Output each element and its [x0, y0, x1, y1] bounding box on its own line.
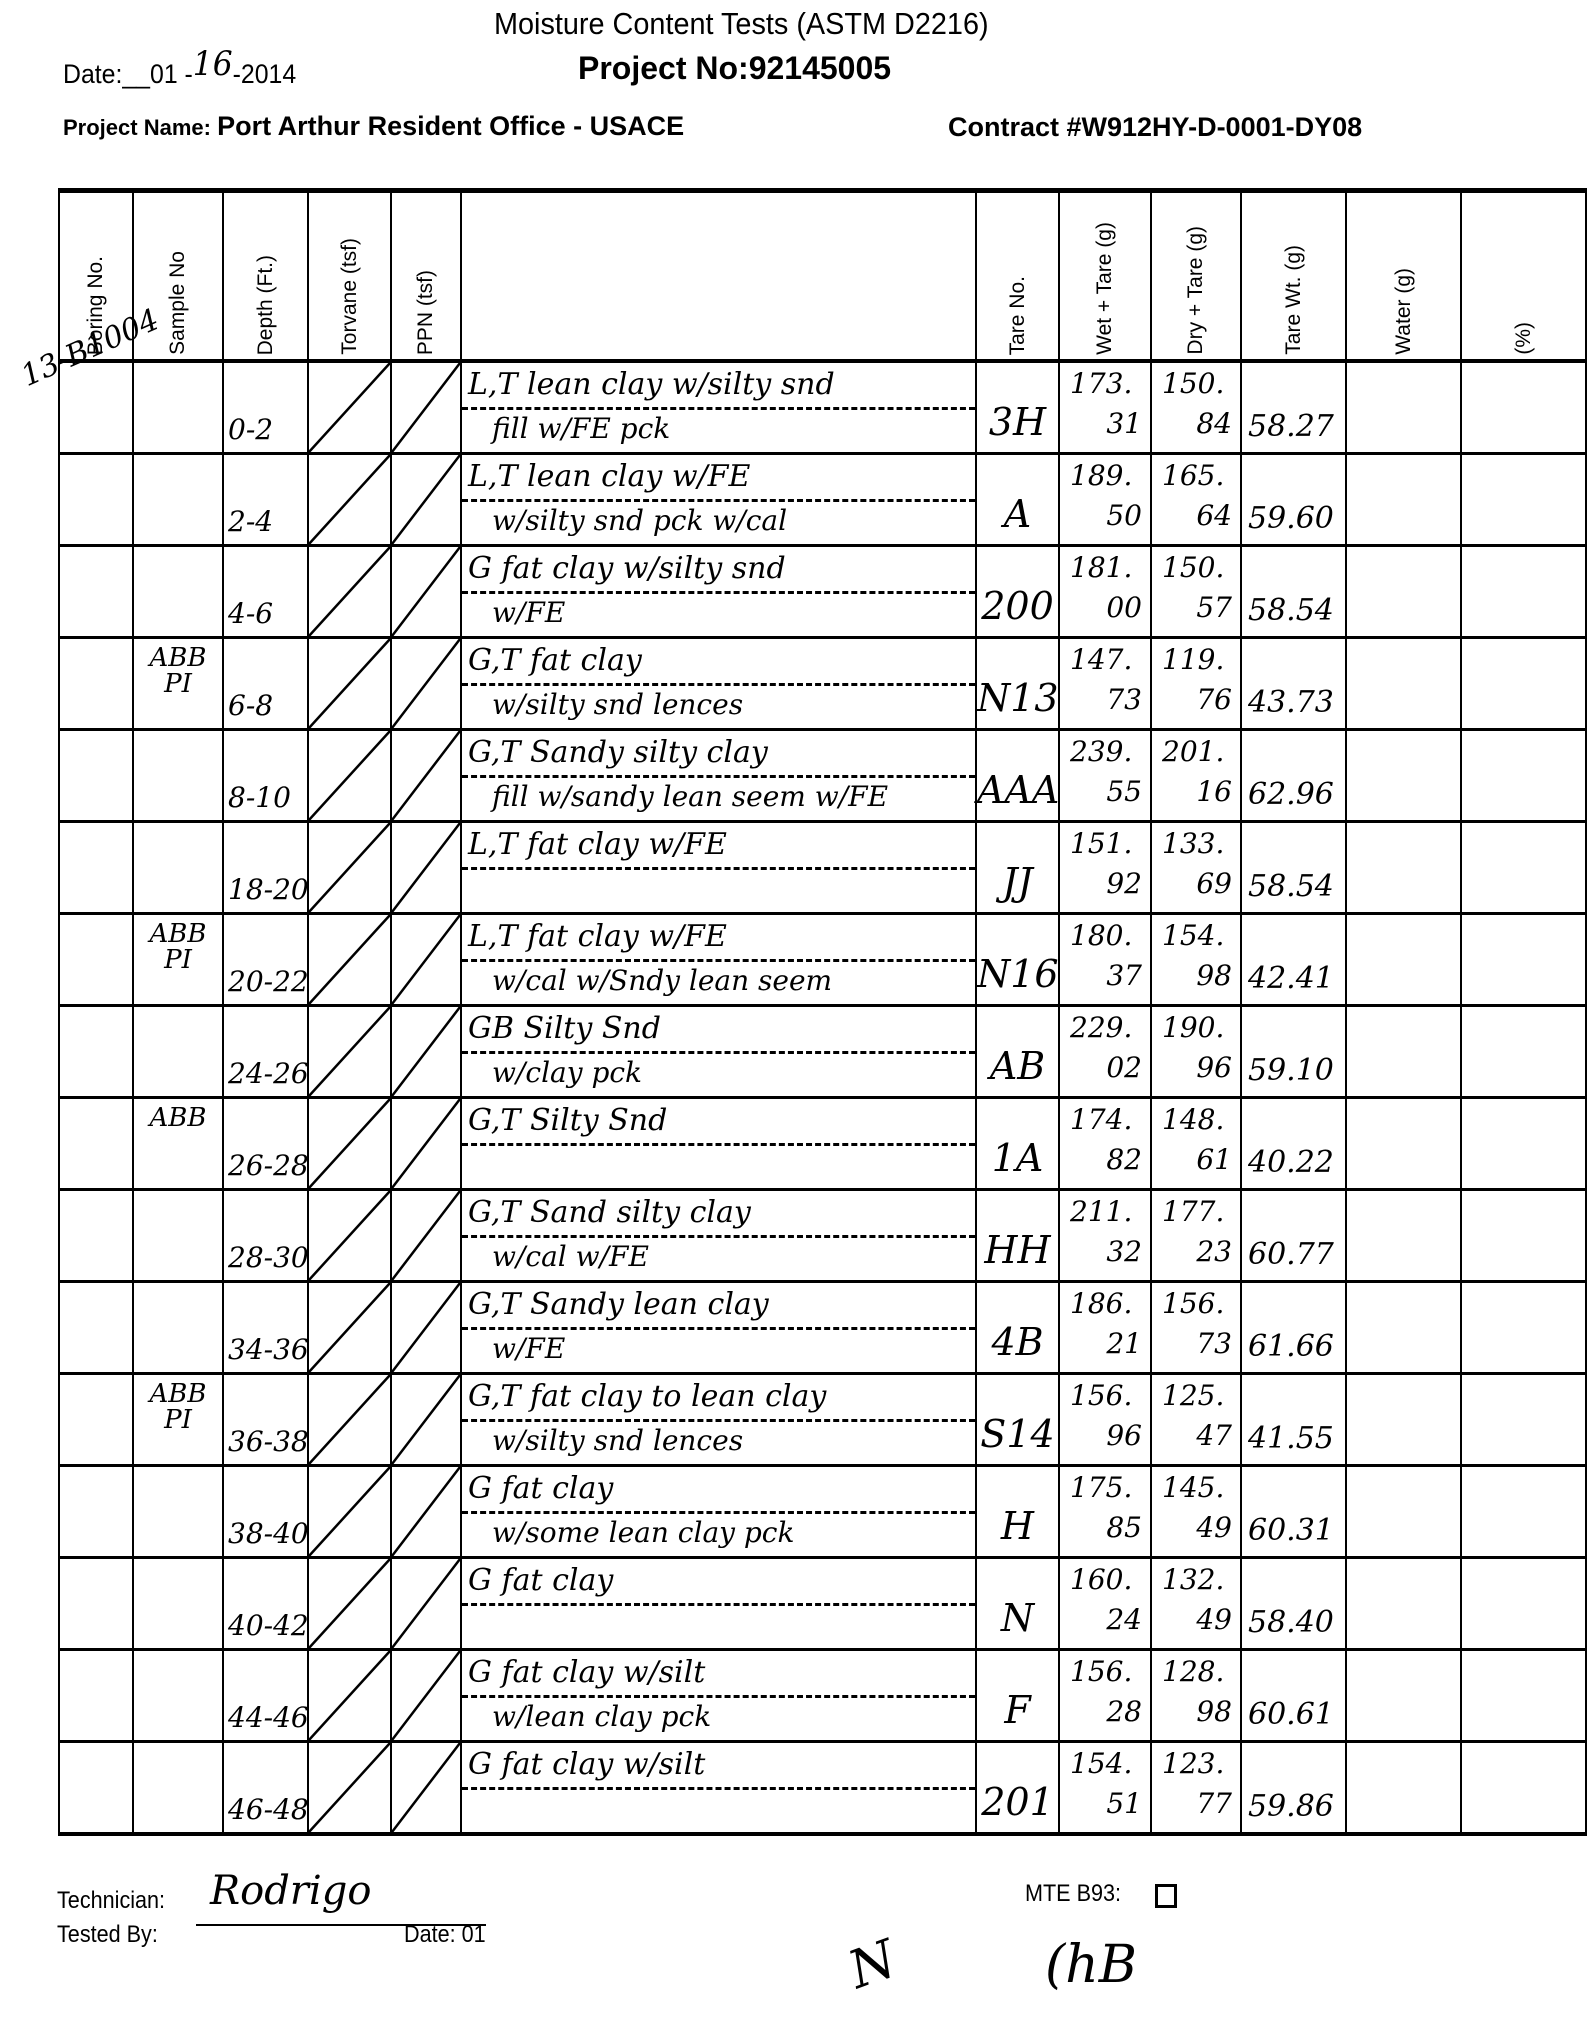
- dry-tare-dec: 98: [1196, 1695, 1232, 1728]
- cell-water: [1346, 1466, 1461, 1558]
- tare-wt-value: 59.86: [1248, 1789, 1334, 1824]
- wet-tare-dec: 50: [1106, 499, 1142, 532]
- slash-mark: [392, 1007, 460, 1096]
- tare-wt-value: 61.66: [1248, 1329, 1334, 1364]
- sample-no: ABB: [138, 1105, 218, 1131]
- description-line-1: G,T Sandy silty clay: [468, 733, 768, 773]
- wet-tare-int: 239.: [1070, 735, 1132, 768]
- tare-wt-value: 40.22: [1248, 1145, 1334, 1180]
- slash-mark: [309, 915, 390, 1004]
- cell-boring-no: [59, 730, 133, 822]
- slash-mark: [392, 1467, 460, 1556]
- description-line-2: w/lean clay pck: [492, 1697, 711, 1737]
- cell-dry-tare: 125.47: [1151, 1374, 1241, 1466]
- description-line-1: G fat clay w/silt: [468, 1653, 705, 1693]
- slash-mark: [392, 1283, 460, 1372]
- tare-no: N13: [977, 676, 1058, 720]
- cell-wet-tare: 156.96: [1059, 1374, 1151, 1466]
- description-line-2: w/FE: [492, 1329, 565, 1369]
- cell-tare-no: 201: [976, 1742, 1059, 1835]
- cell-tare-wt: 59.60: [1241, 454, 1346, 546]
- cell-wet-tare: 180.37: [1059, 914, 1151, 1006]
- dry-tare-dec: 73: [1196, 1327, 1232, 1360]
- cell-wet-tare: 174.82: [1059, 1098, 1151, 1190]
- cell-water: [1346, 1650, 1461, 1742]
- cell-torvane: [308, 822, 391, 914]
- cell-ppn: [391, 1558, 461, 1650]
- form-date: Date:__01 -16-2014: [63, 52, 296, 92]
- description-line-1: L,T lean clay w/silty snd: [468, 365, 835, 405]
- date-label: Date:__01 -: [63, 59, 193, 89]
- cell-depth: 2-4: [223, 454, 308, 546]
- cell-ppn: [391, 1006, 461, 1098]
- project-no-value: 92145005: [749, 50, 891, 86]
- cell-dry-tare: 132.49: [1151, 1558, 1241, 1650]
- cell-depth: 8-10: [223, 730, 308, 822]
- cell-wet-tare: 173.31: [1059, 361, 1151, 454]
- slash-mark: [309, 1559, 390, 1648]
- cell-ppn: [391, 361, 461, 454]
- initials-mark-2: (hB: [1045, 1935, 1137, 1995]
- cell-tare-no: HH: [976, 1190, 1059, 1282]
- cell-dry-tare: 154.98: [1151, 914, 1241, 1006]
- table-row: 46-48G fat clay w/silt201154.51123.7759.…: [59, 1742, 1586, 1835]
- slash-mark: [392, 823, 460, 912]
- dry-tare-dec: 61: [1196, 1143, 1232, 1176]
- cell-ppn: [391, 1374, 461, 1466]
- cell-torvane: [308, 730, 391, 822]
- cell-depth: 38-40: [223, 1466, 308, 1558]
- slash-mark: [309, 639, 390, 728]
- cell-wet-tare: 151.92: [1059, 822, 1151, 914]
- dry-tare-int: 128.: [1162, 1655, 1224, 1688]
- dashed-divider: [462, 867, 975, 870]
- cell-boring-no: [59, 822, 133, 914]
- wet-tare-dec: 02: [1106, 1051, 1142, 1084]
- cell-sample-no: [133, 822, 223, 914]
- cell-description: L,T lean clay w/FEw/silty snd pck w/cal: [461, 454, 976, 546]
- cell-depth: 34-36: [223, 1282, 308, 1374]
- cell-torvane: [308, 1742, 391, 1835]
- slash-mark: [392, 363, 460, 452]
- col-depth: Depth (Ft.): [223, 191, 308, 362]
- cell-water: [1346, 1742, 1461, 1835]
- tare-no: H: [977, 1504, 1058, 1548]
- table-row: ABB PI20-22L,T fat clay w/FEw/cal w/Sndy…: [59, 914, 1586, 1006]
- date-day-handwritten: 16: [193, 44, 233, 84]
- cell-boring-no: [59, 638, 133, 730]
- cell-percent: [1461, 361, 1586, 454]
- wet-tare-int: 180.: [1070, 919, 1132, 952]
- description-line-2: w/silty snd lences: [492, 1421, 743, 1461]
- cell-ppn: [391, 1650, 461, 1742]
- wet-tare-dec: 37: [1106, 959, 1142, 992]
- table-row: ABB PI6-8G,T fat clayw/silty snd lencesN…: [59, 638, 1586, 730]
- dry-tare-int: 150.: [1162, 551, 1224, 584]
- wet-tare-dec: 32: [1106, 1235, 1142, 1268]
- slash-mark: [309, 455, 390, 544]
- dry-tare-dec: 49: [1196, 1603, 1232, 1636]
- wet-tare-int: 147.: [1070, 643, 1132, 676]
- depth-value: 44-46: [228, 1701, 309, 1734]
- cell-tare-wt: 59.10: [1241, 1006, 1346, 1098]
- cell-dry-tare: 123.77: [1151, 1742, 1241, 1835]
- mte-checkbox[interactable]: [1155, 1884, 1177, 1908]
- description-line-2: w/cal w/Sndy lean seem: [492, 961, 832, 1001]
- date-year: -2014: [233, 59, 297, 89]
- cell-dry-tare: 150.84: [1151, 361, 1241, 454]
- col-dry-tare: Dry + Tare (g): [1151, 191, 1241, 362]
- tare-no: N: [977, 1596, 1058, 1640]
- cell-description: G,T fat clay to lean clay w/silty snd le…: [461, 1374, 976, 1466]
- wet-tare-dec: 92: [1106, 867, 1142, 900]
- cell-dry-tare: 119.76: [1151, 638, 1241, 730]
- dashed-divider: [462, 1143, 975, 1146]
- cell-percent: [1461, 1282, 1586, 1374]
- cell-tare-no: N16: [976, 914, 1059, 1006]
- tare-wt-value: 60.61: [1248, 1697, 1334, 1732]
- cell-dry-tare: 128.98: [1151, 1650, 1241, 1742]
- cell-sample-no: [133, 1190, 223, 1282]
- tare-wt-value: 58.54: [1248, 869, 1334, 904]
- table-row: 2-4L,T lean clay w/FEw/silty snd pck w/c…: [59, 454, 1586, 546]
- depth-value: 26-28: [228, 1149, 309, 1182]
- slash-mark: [309, 363, 390, 452]
- cell-ppn: [391, 1282, 461, 1374]
- cell-sample-no: [133, 454, 223, 546]
- description-line-1: G fat clay w/silt: [468, 1745, 705, 1785]
- cell-wet-tare: 156.28: [1059, 1650, 1151, 1742]
- cell-sample-no: [133, 361, 223, 454]
- cell-sample-no: [133, 1006, 223, 1098]
- cell-water: [1346, 454, 1461, 546]
- description-line-1: G,T fat clay: [468, 641, 642, 681]
- tare-no: S14: [977, 1412, 1058, 1456]
- description-line-1: G,T Silty Snd: [468, 1101, 667, 1141]
- description-line-2: w/cal w/FE: [492, 1237, 649, 1277]
- cell-tare-wt: 62.96: [1241, 730, 1346, 822]
- slash-mark: [309, 1007, 390, 1096]
- cell-depth: 24-26: [223, 1006, 308, 1098]
- tare-wt-value: 60.77: [1248, 1237, 1334, 1272]
- wet-tare-int: 175.: [1070, 1471, 1132, 1504]
- wet-tare-int: 229.: [1070, 1011, 1132, 1044]
- wet-tare-int: 151.: [1070, 827, 1132, 860]
- wet-tare-int: 156.: [1070, 1655, 1132, 1688]
- col-percent: (%): [1461, 191, 1586, 362]
- cell-depth: 26-28: [223, 1098, 308, 1190]
- cell-percent: [1461, 546, 1586, 638]
- cell-wet-tare: 211.32: [1059, 1190, 1151, 1282]
- dry-tare-dec: 84: [1196, 407, 1232, 440]
- cell-dry-tare: 201.16: [1151, 730, 1241, 822]
- tare-wt-value: 43.73: [1248, 685, 1334, 720]
- cell-wet-tare: 154.51: [1059, 1742, 1151, 1835]
- tare-wt-value: 58.27: [1248, 409, 1334, 444]
- depth-value: 28-30: [228, 1241, 309, 1274]
- cell-dry-tare: 165.64: [1151, 454, 1241, 546]
- cell-torvane: [308, 454, 391, 546]
- cell-water: [1346, 822, 1461, 914]
- description-line-1: G,T fat clay to lean clay: [468, 1377, 826, 1417]
- cell-description: G,T Silty Snd: [461, 1098, 976, 1190]
- wet-tare-int: 174.: [1070, 1103, 1132, 1136]
- cell-sample-no: ABB PI: [133, 914, 223, 1006]
- slash-mark: [309, 823, 390, 912]
- depth-value: 0-2: [228, 413, 273, 446]
- description-line-1: GB Silty Snd: [468, 1009, 661, 1049]
- table-row: 34-36G,T Sandy lean clay w/FE4B186.21156…: [59, 1282, 1586, 1374]
- description-line-1: G fat clay w/silty snd: [468, 549, 786, 589]
- cell-tare-wt: 41.55: [1241, 1374, 1346, 1466]
- depth-value: 24-26: [228, 1057, 309, 1090]
- depth-value: 6-8: [228, 689, 273, 722]
- tested-by-label: Tested By:: [57, 1921, 158, 1949]
- table-row: 24-26GB Silty Snd w/clay pckAB229.02190.…: [59, 1006, 1586, 1098]
- slash-mark: [309, 731, 390, 820]
- cell-dry-tare: 145.49: [1151, 1466, 1241, 1558]
- project-number: Project No:92145005: [578, 50, 891, 87]
- cell-depth: 6-8: [223, 638, 308, 730]
- description-line-2: fill w/FE pck: [492, 409, 670, 449]
- cell-boring-no: [59, 1650, 133, 1742]
- cell-water: [1346, 546, 1461, 638]
- dry-tare-dec: 77: [1196, 1787, 1232, 1820]
- depth-value: 2-4: [228, 505, 273, 538]
- cell-percent: [1461, 822, 1586, 914]
- cell-depth: 18-20: [223, 822, 308, 914]
- tare-no: F: [977, 1688, 1058, 1732]
- cell-tare-no: N13: [976, 638, 1059, 730]
- cell-percent: [1461, 1098, 1586, 1190]
- dry-tare-int: 133.: [1162, 827, 1224, 860]
- cell-tare-wt: 60.77: [1241, 1190, 1346, 1282]
- cell-sample-no: [133, 1742, 223, 1835]
- cell-torvane: [308, 361, 391, 454]
- tare-wt-value: 62.96: [1248, 777, 1334, 812]
- cell-tare-wt: 58.27: [1241, 361, 1346, 454]
- cell-ppn: [391, 546, 461, 638]
- cell-ppn: [391, 822, 461, 914]
- cell-water: [1346, 730, 1461, 822]
- cell-tare-no: A: [976, 454, 1059, 546]
- cell-sample-no: [133, 730, 223, 822]
- cell-wet-tare: 186.21: [1059, 1282, 1151, 1374]
- cell-description: G,T Sandy silty clayfill w/sandy lean se…: [461, 730, 976, 822]
- cell-description: G,T Sandy lean clay w/FE: [461, 1282, 976, 1374]
- cell-description: GB Silty Snd w/clay pck: [461, 1006, 976, 1098]
- cell-sample-no: ABB PI: [133, 1374, 223, 1466]
- dry-tare-dec: 16: [1196, 775, 1232, 808]
- table-row: 18-20L,T fat clay w/FEJJ151.92133.6958.5…: [59, 822, 1586, 914]
- dry-tare-int: 132.: [1162, 1563, 1224, 1596]
- cell-tare-no: F: [976, 1650, 1059, 1742]
- dry-tare-dec: 98: [1196, 959, 1232, 992]
- wet-tare-dec: 00: [1106, 591, 1142, 624]
- cell-ppn: [391, 1190, 461, 1282]
- sample-no: ABB PI: [138, 645, 218, 697]
- cell-percent: [1461, 1650, 1586, 1742]
- cell-percent: [1461, 1558, 1586, 1650]
- cell-wet-tare: 147.73: [1059, 638, 1151, 730]
- depth-value: 8-10: [228, 781, 291, 814]
- cell-water: [1346, 638, 1461, 730]
- footer-date: Date: 01: [404, 1921, 486, 1949]
- cell-tare-no: 200: [976, 546, 1059, 638]
- cell-boring-no: [59, 1006, 133, 1098]
- dry-tare-int: 201.: [1162, 735, 1224, 768]
- tare-no: 3H: [977, 400, 1058, 444]
- col-torvane: Torvane (tsf): [308, 191, 391, 362]
- slash-mark: [392, 915, 460, 1004]
- cell-tare-wt: 40.22: [1241, 1098, 1346, 1190]
- cell-description: G,T fat clayw/silty snd lences: [461, 638, 976, 730]
- cell-boring-no: [59, 546, 133, 638]
- wet-tare-dec: 82: [1106, 1143, 1142, 1176]
- cell-boring-no: [59, 1098, 133, 1190]
- cell-torvane: [308, 1650, 391, 1742]
- technician-signature: Rodrigo: [210, 1868, 371, 1914]
- tare-wt-value: 58.54: [1248, 593, 1334, 628]
- tare-no: 1A: [977, 1136, 1058, 1180]
- cell-tare-wt: 42.41: [1241, 914, 1346, 1006]
- cell-ppn: [391, 454, 461, 546]
- cell-torvane: [308, 546, 391, 638]
- dry-tare-int: 145.: [1162, 1471, 1224, 1504]
- tare-wt-value: 60.31: [1248, 1513, 1334, 1548]
- tare-wt-value: 42.41: [1248, 961, 1334, 996]
- dry-tare-int: 123.: [1162, 1747, 1224, 1780]
- cell-tare-no: JJ: [976, 822, 1059, 914]
- table-row: ABB26-28G,T Silty Snd1A174.82148.6140.22: [59, 1098, 1586, 1190]
- cell-percent: [1461, 1006, 1586, 1098]
- cell-water: [1346, 1098, 1461, 1190]
- cell-percent: [1461, 1374, 1586, 1466]
- dry-tare-int: 148.: [1162, 1103, 1224, 1136]
- cell-dry-tare: 133.69: [1151, 822, 1241, 914]
- cell-depth: 28-30: [223, 1190, 308, 1282]
- cell-torvane: [308, 1006, 391, 1098]
- cell-boring-no: [59, 454, 133, 546]
- cell-depth: 0-2: [223, 361, 308, 454]
- cell-percent: [1461, 914, 1586, 1006]
- technician-label: Technician:: [57, 1887, 165, 1915]
- cell-description: G fat clay w/silty snd w/FE: [461, 546, 976, 638]
- initials-mark-1: N: [841, 1929, 904, 2001]
- cell-water: [1346, 1374, 1461, 1466]
- cell-depth: 44-46: [223, 1650, 308, 1742]
- cell-description: G fat clay w/some lean clay pck: [461, 1466, 976, 1558]
- dry-tare-int: 177.: [1162, 1195, 1224, 1228]
- cell-torvane: [308, 1282, 391, 1374]
- slash-mark: [392, 455, 460, 544]
- cell-percent: [1461, 1742, 1586, 1835]
- wet-tare-dec: 21: [1106, 1327, 1142, 1360]
- description-line-2: w/silty snd lences: [492, 685, 743, 725]
- sample-no: ABB PI: [138, 921, 218, 973]
- tare-no: JJ: [977, 860, 1058, 904]
- cell-sample-no: [133, 1282, 223, 1374]
- dry-tare-int: 119.: [1162, 643, 1224, 676]
- cell-boring-no: [59, 1374, 133, 1466]
- cell-depth: 40-42: [223, 1558, 308, 1650]
- description-line-2: w/some lean clay pck: [492, 1513, 794, 1553]
- dry-tare-dec: 23: [1196, 1235, 1232, 1268]
- cell-percent: [1461, 638, 1586, 730]
- depth-value: 38-40: [228, 1517, 309, 1550]
- slash-mark: [309, 1191, 390, 1280]
- cell-boring-no: [59, 1190, 133, 1282]
- table-row: ABB PI36-38G,T fat clay to lean clay w/s…: [59, 1374, 1586, 1466]
- depth-value: 36-38: [228, 1425, 309, 1458]
- cell-tare-no: AAA: [976, 730, 1059, 822]
- dry-tare-int: 125.: [1162, 1379, 1224, 1412]
- dry-tare-int: 156.: [1162, 1287, 1224, 1320]
- depth-value: 34-36: [228, 1333, 309, 1366]
- cell-tare-wt: 58.54: [1241, 822, 1346, 914]
- cell-water: [1346, 1558, 1461, 1650]
- cell-tare-no: S14: [976, 1374, 1059, 1466]
- cell-ppn: [391, 1742, 461, 1835]
- cell-dry-tare: 156.73: [1151, 1282, 1241, 1374]
- cell-dry-tare: 177.23: [1151, 1190, 1241, 1282]
- cell-water: [1346, 1282, 1461, 1374]
- dry-tare-dec: 96: [1196, 1051, 1232, 1084]
- cell-depth: 4-6: [223, 546, 308, 638]
- cell-torvane: [308, 1558, 391, 1650]
- cell-description: L,T fat clay w/FE: [461, 822, 976, 914]
- col-description: [461, 191, 976, 362]
- dry-tare-int: 150.: [1162, 367, 1224, 400]
- dashed-divider: [462, 1603, 975, 1606]
- cell-torvane: [308, 1098, 391, 1190]
- wet-tare-dec: 73: [1106, 683, 1142, 716]
- cell-boring-no: [59, 1466, 133, 1558]
- sample-no: ABB PI: [138, 1381, 218, 1433]
- slash-mark: [309, 1283, 390, 1372]
- dry-tare-dec: 64: [1196, 499, 1232, 532]
- table-row: 28-30G,T Sand silty clay w/cal w/FEHH211…: [59, 1190, 1586, 1282]
- wet-tare-dec: 28: [1106, 1695, 1142, 1728]
- wet-tare-int: 186.: [1070, 1287, 1132, 1320]
- cell-sample-no: [133, 1558, 223, 1650]
- slash-mark: [392, 1651, 460, 1740]
- cell-water: [1346, 1190, 1461, 1282]
- depth-value: 20-22: [228, 965, 309, 998]
- slash-mark: [309, 1743, 390, 1832]
- cell-tare-wt: 60.31: [1241, 1466, 1346, 1558]
- cell-wet-tare: 160.24: [1059, 1558, 1151, 1650]
- dashed-divider: [462, 1787, 975, 1790]
- depth-value: 46-48: [228, 1793, 309, 1826]
- cell-sample-no: ABB PI: [133, 638, 223, 730]
- dry-tare-int: 165.: [1162, 459, 1224, 492]
- wet-tare-dec: 85: [1106, 1511, 1142, 1544]
- cell-dry-tare: 148.61: [1151, 1098, 1241, 1190]
- slash-mark: [309, 1099, 390, 1188]
- table-row: 40-42G fat clayN160.24132.4958.40: [59, 1558, 1586, 1650]
- table-header: Boring No. Sample No Depth (Ft.) Torvane…: [59, 191, 1586, 362]
- slash-mark: [392, 1559, 460, 1648]
- cell-wet-tare: 175.85: [1059, 1466, 1151, 1558]
- cell-wet-tare: 189.50: [1059, 454, 1151, 546]
- cell-torvane: [308, 914, 391, 1006]
- cell-dry-tare: 150.57: [1151, 546, 1241, 638]
- col-wet-tare: Wet + Tare (g): [1059, 191, 1151, 362]
- wet-tare-int: 173.: [1070, 367, 1132, 400]
- cell-tare-no: 4B: [976, 1282, 1059, 1374]
- cell-dry-tare: 190.96: [1151, 1006, 1241, 1098]
